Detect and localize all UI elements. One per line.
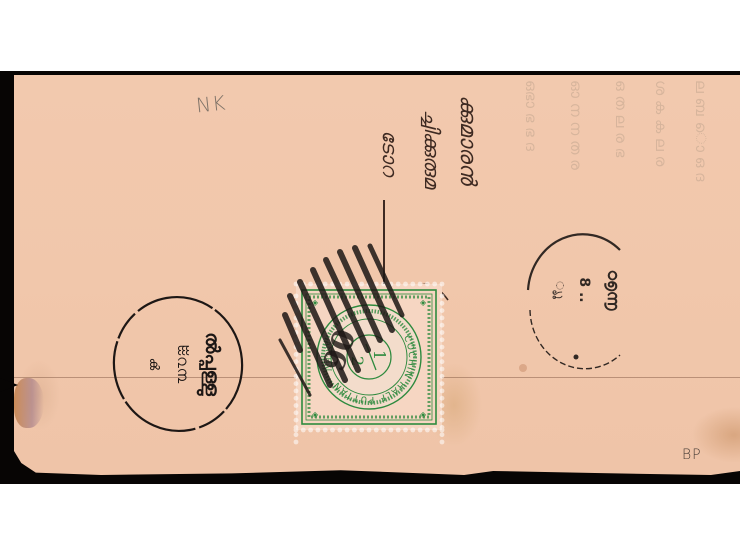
left-cds: ൽപ്പള്ളു ꖺ൨൩ ൿ [103, 287, 252, 441]
stamp-value-numerator: 1 [370, 350, 389, 360]
left-cds-line-1: ൽപ്പള്ളു [196, 332, 223, 396]
left-cds-line-2: ꖺ൨൩ [174, 345, 192, 384]
svg-text:◈: ◈ [312, 410, 319, 419]
svg-text:◈: ◈ [420, 298, 427, 307]
markings-layer: COCHIN HALF PUTTAN 1 2 ANCHAL ◈ ◈ ◈ ◈ 06… [0, 0, 740, 557]
right-cds-line-3: ൃൂ [553, 281, 566, 300]
right-cds-line-2: 8 .. [576, 277, 592, 302]
right-cds: ഠ൭൬ 8 .. ൃൂ [528, 234, 623, 368]
right-cds-line-1: ഠ൭൬ [604, 270, 623, 312]
svg-text:◈: ◈ [420, 410, 427, 419]
left-cds-line-3: ൿ [146, 358, 161, 371]
